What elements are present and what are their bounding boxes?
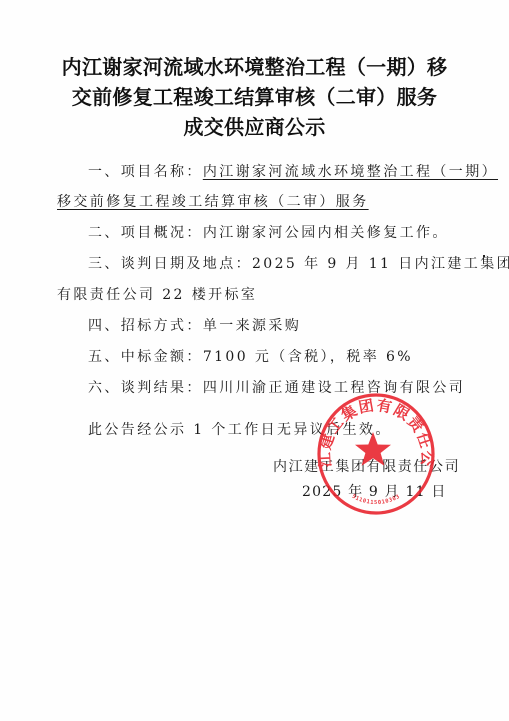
item-negotiation-date-place-cont: 有限责任公司 22 楼开标室 [57, 285, 257, 305]
stray-dot [483, 255, 485, 257]
item-label: 四、招标方式： [88, 318, 203, 334]
negotiation-date-place-value-cont: 有限责任公司 22 楼开标室 [57, 287, 257, 303]
notice-text: 此公告经公示 1 个工作日无异议后生效。 [88, 420, 392, 440]
item-project-overview: 二、项目概况：内江谢家河公园内相关修复工作。 [88, 223, 449, 243]
item-negotiation-result: 六、谈判结果：四川川渝正通建设工程咨询有限公司 [88, 378, 465, 398]
item-label: 五、中标金额： [88, 349, 203, 365]
item-project-name: 一、项目名称：内江谢家河流域水环境整治工程（一期） [88, 162, 498, 182]
bid-amount-value: 7100 元（含税），税率 6% [203, 349, 413, 365]
project-name-value-cont: 移交前修复工程竣工结算审核（二审）服务 [57, 194, 369, 210]
item-project-name-cont: 移交前修复工程竣工结算审核（二审）服务 [57, 192, 369, 212]
title-line-2: 交前修复工程竣工结算审核（二审）服务 [40, 82, 469, 112]
item-label: 三、谈判日期及地点： [88, 256, 252, 272]
item-label: 一、项目名称： [88, 164, 203, 180]
item-bid-amount: 五、中标金额：7100 元（含税），税率 6% [88, 347, 413, 367]
title-line-1: 内江谢家河流域水环境整治工程（一期）移 [40, 52, 469, 82]
signature-date: 2025 年 9 月 11 日 [302, 482, 447, 502]
document-title: 内江谢家河流域水环境整治工程（一期）移 交前修复工程竣工结算审核（二审）服务 成… [40, 52, 469, 142]
project-name-value: 内江谢家河流域水环境整治工程（一期） [203, 164, 498, 180]
document-page: 内江谢家河流域水环境整治工程（一期）移 交前修复工程竣工结算审核（二审）服务 成… [0, 0, 509, 721]
signature-company: 内江建工集团有限责任公司 [273, 457, 460, 477]
negotiation-result-value: 四川川渝正通建设工程咨询有限公司 [203, 380, 465, 396]
item-label: 二、项目概况： [88, 225, 203, 241]
item-label: 六、谈判结果： [88, 380, 203, 396]
item-procurement-method: 四、招标方式：单一来源采购 [88, 316, 301, 336]
item-negotiation-date-place: 三、谈判日期及地点：2025 年 9 月 11 日内江建工集团 [88, 254, 509, 274]
procurement-method-value: 单一来源采购 [203, 318, 301, 334]
project-overview-value: 内江谢家河公园内相关修复工作。 [203, 225, 449, 241]
negotiation-date-place-value: 2025 年 9 月 11 日内江建工集团 [252, 256, 509, 272]
title-line-3: 成交供应商公示 [40, 112, 469, 142]
